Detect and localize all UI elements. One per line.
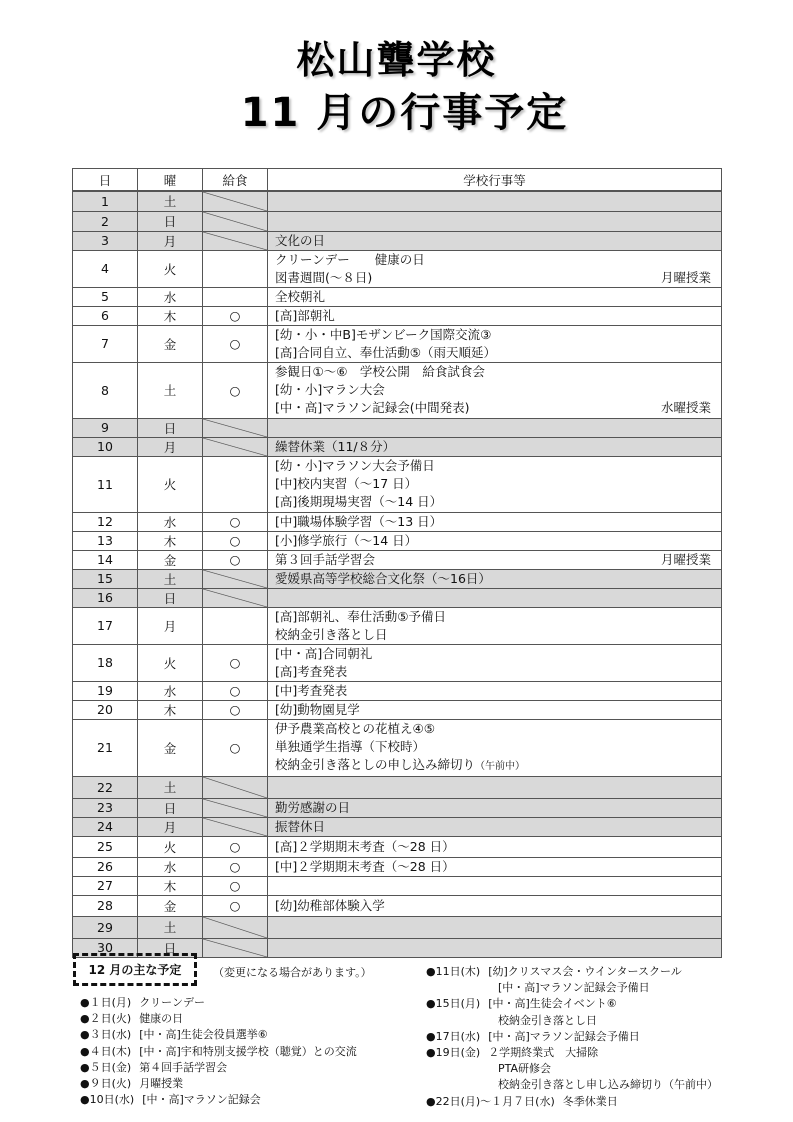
day-cell: 22	[73, 776, 138, 798]
event-label: [高]後期現場実習（～14 日）	[275, 494, 442, 509]
table-row: 2日	[73, 211, 722, 231]
event-line: [幼]動物園見学	[275, 701, 711, 719]
lunch-cell: ○	[203, 550, 268, 569]
december-list-left: ●１日(月)クリーンデー●２日(火)健康の日●３日(水)[中・高]生徒会役員選挙…	[80, 995, 357, 1108]
events-cell	[268, 916, 722, 938]
weekday-cell: 水	[138, 857, 203, 876]
events-cell: [高]部朝礼、奉仕活動⑤予備日校納金引き落とし日	[268, 607, 722, 644]
events-cell: クリーンデー 健康の日図書週間(～８日)月曜授業	[268, 250, 722, 287]
events-cell: 伊予農業高校との花植え④⑤単独通学生指導（下校時）校納金引き落としの申し込み締切…	[268, 719, 722, 776]
december-item-date: ●15日(月)	[426, 996, 480, 1012]
day-cell: 2	[73, 211, 138, 231]
event-label: [高]部朝礼、奉仕活動⑤予備日	[275, 609, 446, 624]
lunch-cell-none	[203, 191, 268, 211]
event-line: 伊予農業高校との花植え④⑤	[275, 720, 711, 738]
table-row: 9日	[73, 418, 722, 437]
weekday-cell: 土	[138, 569, 203, 588]
day-cell: 7	[73, 325, 138, 362]
event-text: [小]修学旅行（～14 日）	[275, 532, 417, 550]
events-cell: 全校朝礼	[268, 287, 722, 306]
lunch-cell: ○	[203, 325, 268, 362]
event-text: [中]２学期期末考査（～28 日）	[275, 858, 455, 876]
december-item-text: 校納金引き落とし日	[498, 1013, 597, 1029]
lunch-cell-none	[203, 798, 268, 817]
december-item-date: ●９日(火)	[80, 1076, 131, 1092]
weekday-cell: 月	[138, 231, 203, 250]
class-schedule-note: 水曜授業	[661, 399, 711, 417]
event-label: 校納金引き落としの申し込み締切り	[275, 757, 475, 772]
lunch-cell-none	[203, 776, 268, 798]
event-text: 愛媛県高等学校総合文化祭（～16日）	[275, 570, 491, 588]
lunch-cell	[203, 250, 268, 287]
weekday-cell: 火	[138, 644, 203, 681]
schedule-table: 日 曜 給食 学校行事等 1土2日3月文化の日4火クリーンデー 健康の日図書週間…	[72, 168, 722, 958]
event-label: [小]修学旅行（～14 日）	[275, 533, 417, 548]
event-line: [小]修学旅行（～14 日）	[275, 532, 711, 550]
day-cell: 23	[73, 798, 138, 817]
events-cell: 勤労感謝の日	[268, 798, 722, 817]
events-cell	[268, 876, 722, 895]
day-cell: 17	[73, 607, 138, 644]
event-label: [中・高]マラソン記録会(中間発表)	[275, 400, 470, 415]
december-item: [中・高]マラソン記録会予備日	[426, 980, 718, 996]
weekday-cell: 火	[138, 456, 203, 512]
school-name: 松山聾学校	[0, 36, 793, 84]
event-text: 図書週間(～８日)	[275, 269, 372, 287]
event-text: [高]２学期期末考査（～28 日）	[275, 838, 455, 856]
table-row: 27木○	[73, 876, 722, 895]
change-notice: （変更になる場合があります。）	[213, 964, 372, 980]
events-cell: [中]考査発表	[268, 681, 722, 700]
weekday-cell: 日	[138, 798, 203, 817]
december-item: ●２日(火)健康の日	[80, 1011, 357, 1027]
table-row: 21金○伊予農業高校との花植え④⑤単独通学生指導（下校時）校納金引き落としの申し…	[73, 719, 722, 776]
table-row: 28金○[幼]幼稚部体験入学	[73, 895, 722, 916]
event-text: 繰替休業（11/８分）	[275, 438, 395, 456]
lunch-cell	[203, 287, 268, 306]
table-row: 22土	[73, 776, 722, 798]
table-row: 6木○[高]部朝礼	[73, 306, 722, 325]
event-line: [高]考査発表	[275, 663, 711, 681]
column-header-lunch: 給食	[203, 169, 268, 192]
table-row: 16日	[73, 588, 722, 607]
event-label: 勤労感謝の日	[275, 800, 350, 815]
december-item-date: ●１日(月)	[80, 995, 131, 1011]
december-item: ●４日(木)[中・高]宇和特別支援学校（聴覚）との交流	[80, 1044, 357, 1060]
event-line: [高]２学期期末考査（～28 日）	[275, 838, 711, 856]
day-cell: 8	[73, 362, 138, 418]
weekday-cell: 水	[138, 287, 203, 306]
lunch-cell-none	[203, 418, 268, 437]
december-item-date: ●４日(木)	[80, 1044, 131, 1060]
lunch-cell: ○	[203, 876, 268, 895]
december-item: ●22日(月)～１月７日(水)冬季休業日	[426, 1094, 718, 1110]
event-label: [幼]幼稚部体験入学	[275, 898, 385, 913]
event-text: 第３回手話学習会	[275, 551, 375, 569]
table-row: 13木○[小]修学旅行（～14 日）	[73, 531, 722, 550]
event-text: 振替休日	[275, 818, 325, 836]
event-line: 文化の日	[275, 232, 711, 250]
december-item-text: [中・高]生徒会役員選挙⑥	[139, 1027, 267, 1043]
lunch-cell-none	[203, 588, 268, 607]
day-cell: 28	[73, 895, 138, 916]
lunch-cell-none	[203, 916, 268, 938]
event-label: [幼・小]マラソン大会予備日	[275, 458, 435, 473]
weekday-cell: 金	[138, 325, 203, 362]
event-text: 全校朝礼	[275, 288, 325, 306]
event-text: 文化の日	[275, 232, 325, 250]
event-label: [中]校内実習（～17 日）	[275, 476, 417, 491]
events-cell	[268, 418, 722, 437]
day-cell: 20	[73, 700, 138, 719]
table-row: 24月振替休日	[73, 817, 722, 836]
events-cell: [高]２学期期末考査（～28 日）	[268, 836, 722, 857]
event-line: [中]２学期期末考査（～28 日）	[275, 858, 711, 876]
table-row: 17月[高]部朝礼、奉仕活動⑤予備日校納金引き落とし日	[73, 607, 722, 644]
weekday-cell: 火	[138, 250, 203, 287]
events-cell: [幼]動物園見学	[268, 700, 722, 719]
table-row: 1土	[73, 191, 722, 211]
lunch-cell-none	[203, 569, 268, 588]
day-cell: 15	[73, 569, 138, 588]
class-schedule-note: 月曜授業	[661, 551, 711, 569]
table-row: 14金○第３回手話学習会月曜授業	[73, 550, 722, 569]
weekday-cell: 水	[138, 512, 203, 531]
table-row: 11火[幼・小]マラソン大会予備日[中]校内実習（～17 日）[高]後期現場実習…	[73, 456, 722, 512]
event-line: 繰替休業（11/８分）	[275, 438, 711, 456]
event-line: クリーンデー 健康の日	[275, 251, 711, 269]
table-row: 25火○[高]２学期期末考査（～28 日）	[73, 836, 722, 857]
events-cell: [幼]幼稚部体験入学	[268, 895, 722, 916]
lunch-cell-none	[203, 437, 268, 456]
day-cell: 13	[73, 531, 138, 550]
event-label: [中]職場体験学習（～13 日）	[275, 514, 442, 529]
weekday-cell: 月	[138, 817, 203, 836]
day-cell: 6	[73, 306, 138, 325]
day-cell: 27	[73, 876, 138, 895]
event-line: [幼・小]マラソン大会予備日	[275, 457, 711, 475]
day-cell: 25	[73, 836, 138, 857]
event-text: [中]考査発表	[275, 682, 347, 700]
event-label: 愛媛県高等学校総合文化祭（～16日）	[275, 571, 491, 586]
december-item-text: [中・高]マラソン記録会予備日	[488, 1029, 640, 1045]
lunch-cell: ○	[203, 681, 268, 700]
event-text: 校納金引き落とし日	[275, 626, 388, 644]
december-item-text: [中・高]マラソン記録会予備日	[498, 980, 650, 996]
december-item: PTA研修会	[426, 1061, 718, 1077]
december-item-date: ●２日(火)	[80, 1011, 131, 1027]
event-label: [幼]動物園見学	[275, 702, 360, 717]
december-item-text: 第４回手話学習会	[139, 1060, 227, 1076]
table-row: 23日勤労感謝の日	[73, 798, 722, 817]
events-cell: [幼・小]マラソン大会予備日[中]校内実習（～17 日）[高]後期現場実習（～1…	[268, 456, 722, 512]
december-item-text: PTA研修会	[498, 1061, 551, 1077]
december-list-right: ●11日(木)[幼]クリスマス会・ウインタースクール[中・高]マラソン記録会予備…	[426, 964, 718, 1110]
lunch-cell: ○	[203, 700, 268, 719]
lunch-cell-none	[203, 938, 268, 957]
event-line: [中]校内実習（～17 日）	[275, 475, 711, 493]
december-item: ●15日(月)[中・高]生徒会イベント⑥	[426, 996, 718, 1012]
weekday-cell: 土	[138, 191, 203, 211]
event-text: [幼]動物園見学	[275, 701, 360, 719]
events-cell: 参観日①～⑥ 学校公開 給食試食会[幼・小]マラン大会[中・高]マラソン記録会(…	[268, 362, 722, 418]
december-item-date: ●19日(金)	[426, 1045, 480, 1061]
day-cell: 3	[73, 231, 138, 250]
event-text: [高]合同自立、奉仕活動⑤（雨天順延）	[275, 344, 496, 362]
weekday-cell: 日	[138, 211, 203, 231]
event-text: [高]後期現場実習（～14 日）	[275, 493, 442, 511]
weekday-cell: 木	[138, 700, 203, 719]
events-cell: 愛媛県高等学校総合文化祭（～16日）	[268, 569, 722, 588]
event-line: 参観日①～⑥ 学校公開 給食試食会	[275, 363, 711, 381]
event-label: 繰替休業（11/８分）	[275, 439, 395, 454]
table-row: 12水○[中]職場体験学習（～13 日）	[73, 512, 722, 531]
day-cell: 26	[73, 857, 138, 876]
table-row: 15土愛媛県高等学校総合文化祭（～16日）	[73, 569, 722, 588]
weekday-cell: 月	[138, 607, 203, 644]
event-text: [中]校内実習（～17 日）	[275, 475, 417, 493]
event-label: 伊予農業高校との花植え④⑤	[275, 721, 435, 736]
december-item: ●１日(月)クリーンデー	[80, 995, 357, 1011]
event-line: [高]部朝礼、奉仕活動⑤予備日	[275, 608, 711, 626]
weekday-cell: 金	[138, 550, 203, 569]
december-item-date: ●５日(金)	[80, 1060, 131, 1076]
event-label: [中]２学期期末考査（～28 日）	[275, 859, 455, 874]
event-label: [中・高]合同朝礼	[275, 646, 372, 661]
event-text: 校納金引き落としの申し込み締切り（午前中）	[275, 756, 525, 776]
event-line: [幼・小・中B]モザンビーク国際交流③	[275, 326, 711, 344]
day-cell: 18	[73, 644, 138, 681]
lunch-cell: ○	[203, 362, 268, 418]
weekday-cell: 日	[138, 418, 203, 437]
weekday-cell: 金	[138, 895, 203, 916]
event-text: [中・高]合同朝礼	[275, 645, 372, 663]
event-text: [幼・小・中B]モザンビーク国際交流③	[275, 326, 491, 344]
december-item-text: 月曜授業	[139, 1076, 183, 1092]
event-label: 第３回手話学習会	[275, 552, 375, 567]
december-item: ●17日(水)[中・高]マラソン記録会予備日	[426, 1029, 718, 1045]
december-item-date: ●17日(水)	[426, 1029, 480, 1045]
day-cell: 21	[73, 719, 138, 776]
event-label: クリーンデー 健康の日	[275, 252, 425, 267]
events-cell	[268, 776, 722, 798]
event-note: （午前中）	[475, 761, 525, 772]
event-text: 勤労感謝の日	[275, 799, 350, 817]
events-cell: [中]２学期期末考査（～28 日）	[268, 857, 722, 876]
day-cell: 4	[73, 250, 138, 287]
day-cell: 1	[73, 191, 138, 211]
december-item-date: ●３日(水)	[80, 1027, 131, 1043]
events-cell: 第３回手話学習会月曜授業	[268, 550, 722, 569]
december-item: ●５日(金)第４回手話学習会	[80, 1060, 357, 1076]
events-cell: [高]部朝礼	[268, 306, 722, 325]
day-cell: 29	[73, 916, 138, 938]
event-text: [幼・小]マラソン大会予備日	[275, 457, 435, 475]
event-line: 振替休日	[275, 818, 711, 836]
events-cell: [小]修学旅行（～14 日）	[268, 531, 722, 550]
event-line: [高]部朝礼	[275, 307, 711, 325]
table-row: 20木○[幼]動物園見学	[73, 700, 722, 719]
december-item-text: 校納金引き落とし申し込み締切り（午前中）	[498, 1077, 718, 1093]
events-cell	[268, 938, 722, 957]
december-item-text: 健康の日	[139, 1011, 183, 1027]
weekday-cell: 土	[138, 776, 203, 798]
lunch-cell	[203, 607, 268, 644]
table-row: 4火クリーンデー 健康の日図書週間(～８日)月曜授業	[73, 250, 722, 287]
lunch-cell-none	[203, 231, 268, 250]
events-cell: [中]職場体験学習（～13 日）	[268, 512, 722, 531]
event-line: 第３回手話学習会月曜授業	[275, 551, 711, 569]
table-row: 3月文化の日	[73, 231, 722, 250]
class-schedule-note: 月曜授業	[661, 269, 711, 287]
day-cell: 12	[73, 512, 138, 531]
table-row: 29土	[73, 916, 722, 938]
lunch-cell-none	[203, 211, 268, 231]
events-cell	[268, 588, 722, 607]
event-line: [高]合同自立、奉仕活動⑤（雨天順延）	[275, 344, 711, 362]
events-cell: [幼・小・中B]モザンビーク国際交流③[高]合同自立、奉仕活動⑤（雨天順延）	[268, 325, 722, 362]
december-item-date: ●22日(月)～１月７日(水)	[426, 1094, 555, 1110]
event-label: [中]考査発表	[275, 683, 347, 698]
december-item-date: ●10日(水)	[80, 1092, 134, 1108]
table-row: 5水全校朝礼	[73, 287, 722, 306]
event-label: [高]考査発表	[275, 664, 347, 679]
event-text: 伊予農業高校との花植え④⑤	[275, 720, 435, 738]
lunch-cell	[203, 456, 268, 512]
weekday-cell: 土	[138, 362, 203, 418]
lunch-cell: ○	[203, 512, 268, 531]
lunch-cell: ○	[203, 719, 268, 776]
column-header-weekday: 曜	[138, 169, 203, 192]
december-item-text: 冬季休業日	[563, 1094, 618, 1110]
event-label: [高]２学期期末考査（～28 日）	[275, 839, 455, 854]
event-label: 文化の日	[275, 233, 325, 248]
event-text: [幼]幼稚部体験入学	[275, 897, 385, 915]
weekday-cell: 土	[138, 916, 203, 938]
december-item-text: [中・高]マラソン記録会	[142, 1092, 261, 1108]
event-label: 図書週間(～８日)	[275, 270, 372, 285]
december-item: ●３日(水)[中・高]生徒会役員選挙⑥	[80, 1027, 357, 1043]
lunch-cell: ○	[203, 857, 268, 876]
weekday-cell: 月	[138, 437, 203, 456]
december-item: ●11日(木)[幼]クリスマス会・ウインタースクール	[426, 964, 718, 980]
day-cell: 10	[73, 437, 138, 456]
december-item-text: [幼]クリスマス会・ウインタースクール	[488, 964, 682, 980]
table-row: 26水○[中]２学期期末考査（～28 日）	[73, 857, 722, 876]
table-row: 8土○参観日①～⑥ 学校公開 給食試食会[幼・小]マラン大会[中・高]マラソン記…	[73, 362, 722, 418]
day-cell: 5	[73, 287, 138, 306]
event-line: 勤労感謝の日	[275, 799, 711, 817]
event-text: [中]職場体験学習（～13 日）	[275, 513, 442, 531]
event-text: [高]考査発表	[275, 663, 347, 681]
table-row: 18火○[中・高]合同朝礼[高]考査発表	[73, 644, 722, 681]
december-item-text: [中・高]宇和特別支援学校（聴覚）との交流	[139, 1044, 357, 1060]
lunch-cell: ○	[203, 531, 268, 550]
event-line: [中]職場体験学習（～13 日）	[275, 513, 711, 531]
events-cell	[268, 211, 722, 231]
event-line: [中・高]マラソン記録会(中間発表)水曜授業	[275, 399, 711, 417]
december-item-date: ●11日(木)	[426, 964, 480, 980]
event-line: [高]後期現場実習（～14 日）	[275, 493, 711, 511]
column-header-day: 日	[73, 169, 138, 192]
december-plan-label: 12 月の主な予定	[73, 953, 197, 986]
table-header-row: 日 曜 給食 学校行事等	[73, 169, 722, 192]
events-cell	[268, 191, 722, 211]
event-label: [幼・小・中B]モザンビーク国際交流③	[275, 327, 491, 342]
event-label: 全校朝礼	[275, 289, 325, 304]
day-cell: 9	[73, 418, 138, 437]
lunch-cell: ○	[203, 895, 268, 916]
event-text: 単独通学生指導（下校時）	[275, 738, 425, 756]
weekday-cell: 木	[138, 531, 203, 550]
weekday-cell: 金	[138, 719, 203, 776]
event-text: [高]部朝礼	[275, 307, 335, 325]
event-line: [中・高]合同朝礼	[275, 645, 711, 663]
event-line: 単独通学生指導（下校時）	[275, 738, 711, 756]
event-label: 振替休日	[275, 819, 325, 834]
weekday-cell: 水	[138, 681, 203, 700]
lunch-cell: ○	[203, 306, 268, 325]
event-label: [高]部朝礼	[275, 308, 335, 323]
december-item-text: [中・高]生徒会イベント⑥	[488, 996, 616, 1012]
day-cell: 16	[73, 588, 138, 607]
event-text: 参観日①～⑥ 学校公開 給食試食会	[275, 363, 485, 381]
weekday-cell: 火	[138, 836, 203, 857]
weekday-cell: 日	[138, 588, 203, 607]
event-line: 校納金引き落とし日	[275, 626, 711, 644]
event-label: 参観日①～⑥ 学校公開 給食試食会	[275, 364, 485, 379]
events-cell: [中・高]合同朝礼[高]考査発表	[268, 644, 722, 681]
event-text: [中・高]マラソン記録会(中間発表)	[275, 399, 470, 417]
december-item-text: クリーンデー	[139, 995, 205, 1011]
event-label: [幼・小]マラン大会	[275, 382, 385, 397]
event-line: [幼・小]マラン大会	[275, 381, 711, 399]
day-cell: 11	[73, 456, 138, 512]
table-row: 10月繰替休業（11/８分）	[73, 437, 722, 456]
table-row: 7金○[幼・小・中B]モザンビーク国際交流③[高]合同自立、奉仕活動⑤（雨天順延…	[73, 325, 722, 362]
december-item: ●10日(水)[中・高]マラソン記録会	[80, 1092, 357, 1108]
event-line: 図書週間(～８日)月曜授業	[275, 269, 711, 287]
event-text: [高]部朝礼、奉仕活動⑤予備日	[275, 608, 446, 626]
events-cell: 振替休日	[268, 817, 722, 836]
december-item: 校納金引き落とし申し込み締切り（午前中）	[426, 1077, 718, 1093]
december-item-text: ２学期終業式 大掃除	[488, 1045, 598, 1061]
weekday-cell: 木	[138, 306, 203, 325]
event-line: 全校朝礼	[275, 288, 711, 306]
december-item: ●９日(火)月曜授業	[80, 1076, 357, 1092]
december-item: 校納金引き落とし日	[426, 1013, 718, 1029]
event-line: [中]考査発表	[275, 682, 711, 700]
events-cell: 繰替休業（11/８分）	[268, 437, 722, 456]
lunch-cell-none	[203, 817, 268, 836]
event-line: 愛媛県高等学校総合文化祭（～16日）	[275, 570, 711, 588]
lunch-cell: ○	[203, 836, 268, 857]
events-cell: 文化の日	[268, 231, 722, 250]
day-cell: 14	[73, 550, 138, 569]
december-item: ●19日(金)２学期終業式 大掃除	[426, 1045, 718, 1061]
event-line: [幼]幼稚部体験入学	[275, 897, 711, 915]
day-cell: 19	[73, 681, 138, 700]
event-line: 校納金引き落としの申し込み締切り（午前中）	[275, 756, 711, 776]
column-header-events: 学校行事等	[268, 169, 722, 192]
weekday-cell: 木	[138, 876, 203, 895]
event-label: 単独通学生指導（下校時）	[275, 739, 425, 754]
event-label: [高]合同自立、奉仕活動⑤（雨天順延）	[275, 345, 496, 360]
day-cell: 24	[73, 817, 138, 836]
event-text: [幼・小]マラン大会	[275, 381, 385, 399]
page-title: 11 月の行事予定	[8, 88, 793, 138]
event-text: クリーンデー 健康の日	[275, 251, 425, 269]
